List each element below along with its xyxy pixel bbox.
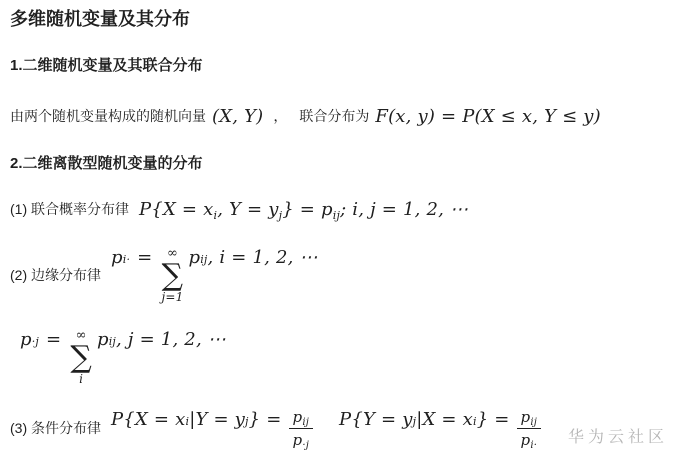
item-2-formula: pi· = ∞ ∑ j=1 pij , i = 1, 2, ⋯ — [111, 247, 318, 304]
huawei-cloud-watermark: 华为云社区 — [568, 424, 668, 447]
joint-pmf-row: (1) 联合概率分布律 P{X = xi, Y = yj} = pij; i, … — [10, 196, 682, 222]
section-1-heading: 1.二维随机变量及其联合分布 — [10, 56, 682, 76]
conditional-formula-x-given-y: P{X = xi|Y = yj} = pij p·j — [111, 409, 317, 448]
item-2b-formula: p·j = ∞ ∑ i pij , j = 1, 2, ⋯ — [20, 329, 226, 386]
document-page: 多维随机变量及其分布 1.二维随机变量及其联合分布 由两个随机变量构成的随机向量… — [0, 0, 692, 460]
marginal-pmf-row-i: (2) 边缘分布律 pi· = ∞ ∑ j=1 pij , i = 1, 2, … — [10, 246, 682, 304]
item-3-label: (3) 条件分布律 — [10, 418, 101, 438]
marginal-pmf-row-j: p·j = ∞ ∑ i pij , j = 1, 2, ⋯ — [10, 328, 682, 386]
item-1-formula: P{X = xi, Y = yj} = pij; i, j = 1, 2, ⋯ — [139, 199, 468, 220]
intro-text-2: 联合分布为 — [299, 106, 369, 126]
intro-separator: ， — [273, 106, 287, 126]
fraction-pij-over-pidot: pij pi· — [517, 409, 542, 448]
page-title: 多维随机变量及其分布 — [10, 8, 682, 30]
summation-over-i: ∞ ∑ i — [70, 329, 92, 386]
intro-paragraph: 由两个随机变量构成的随机向量 (X, Y) ， 联合分布为 F(x, y) = … — [10, 100, 682, 132]
section-2-heading: 2.二维离散型随机变量的分布 — [10, 154, 682, 174]
intro-text-1: 由两个随机变量构成的随机向量 — [10, 106, 206, 126]
item-2-label: (2) 边缘分布律 — [10, 265, 101, 285]
conditional-formula-y-given-x: P{Y = yj|X = xi} = pij pi· — [339, 409, 545, 448]
inline-math-joint-cdf: F(x, y) = P(X ≤ x, Y ≤ y) — [375, 106, 601, 127]
summation-over-j: ∞ ∑ j=1 — [161, 247, 183, 304]
fraction-pij-over-pdotj: pij p·j — [289, 409, 314, 448]
sigma-symbol: ∑ — [70, 342, 92, 373]
sigma-symbol: ∑ — [162, 260, 184, 291]
item-1-label: (1) 联合概率分布律 — [10, 199, 129, 219]
inline-math-vector: (X, Y) — [212, 106, 263, 127]
